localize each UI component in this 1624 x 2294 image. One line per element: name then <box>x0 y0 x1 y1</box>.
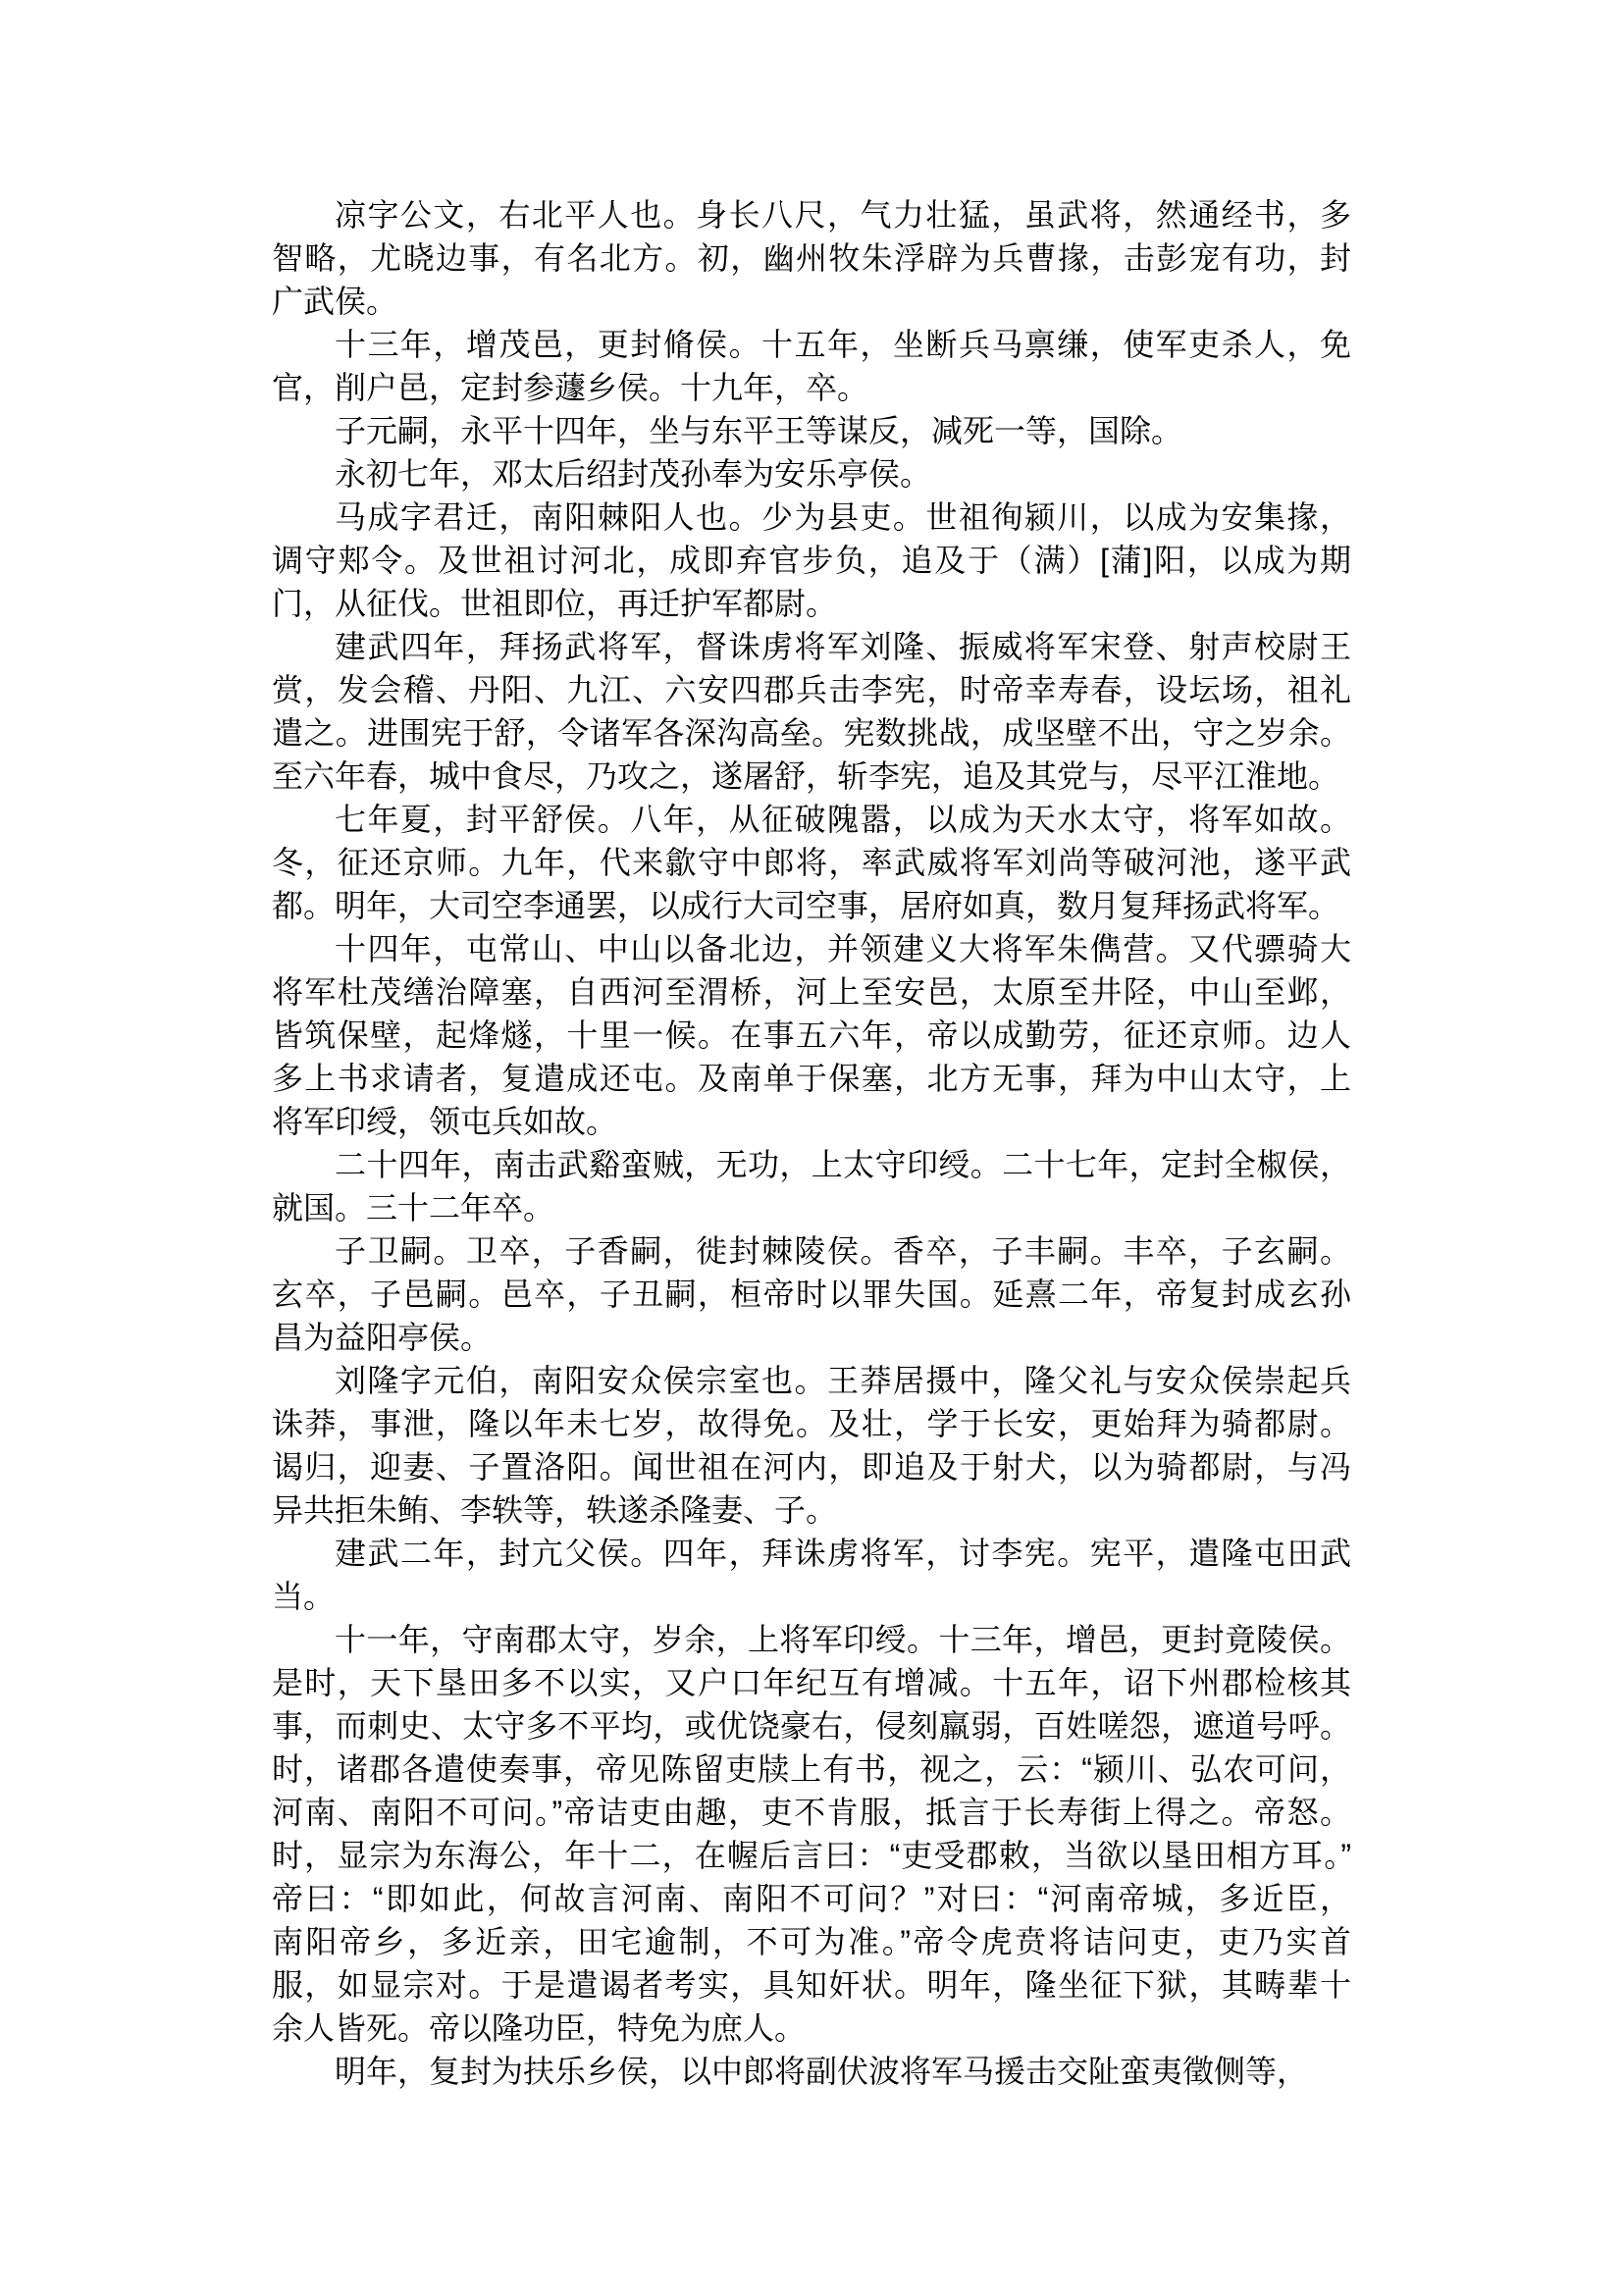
text-line: 将军杜茂缮治障塞，自西河至渭桥，河上至安邑，太原至井陉，中山至邺， <box>272 970 1351 1014</box>
paragraph: 十一年，守南郡太守，岁余，上将军印绶。十三年，增邑，更封竟陵侯。是时，天下垦田多… <box>272 1618 1351 2050</box>
text-line: 七年夏，封平舒侯。八年，从征破隗嚣，以成为天水太守，将军如故。 <box>272 798 1351 841</box>
text-line: 服，如显宗对。于是遣谒者考实，具知奸状。明年，隆坐征下狱，其畴辈十 <box>272 1963 1351 2007</box>
text-line: 遣之。进围宪于舒，令诸军各深沟高垒。宪数挑战，成坚壁不出，守之岁余。 <box>272 711 1351 755</box>
text-line: 时，显宗为东海公，年十二，在幄后言曰：“吏受郡敕，当欲以垦田相方耳。” <box>272 1834 1351 1877</box>
text-line: 帝曰：“即如此，何故言河南、南阳不可问？”对曰：“河南帝城，多近臣， <box>272 1877 1351 1920</box>
text-line: 余人皆死。帝以隆功臣，特免为庶人。 <box>272 2007 1351 2050</box>
paragraph: 建武四年，拜扬武将军，督诛虏将军刘隆、振威将军宋登、射声校尉王赏，发会稽、丹阳、… <box>272 625 1351 798</box>
text-line: 河南、南阳不可问。”帝诘吏由趣，吏不肯服，抵言于长寿街上得之。帝怒。 <box>272 1791 1351 1834</box>
text-line: 官，削户邑，定封参蘧乡侯。十九年，卒。 <box>272 366 1351 409</box>
paragraph: 明年，复封为扶乐乡侯，以中郎将副伏波将军马援击交阯蛮夷徵侧等， <box>272 2050 1351 2093</box>
text-line: 事，而刺史、太守多不平均，或优饶豪右，侵刻羸弱，百姓嗟怨，遮道号呼。 <box>272 1704 1351 1747</box>
text-line: 都。明年，大司空李通罢，以成行大司空事，居府如真，数月复拜扬武将军。 <box>272 884 1351 927</box>
paragraph: 建武二年，封亢父侯。四年，拜诛虏将军，讨李宪。宪平，遣隆屯田武当。 <box>272 1532 1351 1618</box>
text-line: 皆筑保壁，起烽燧，十里一候。在事五六年，帝以成勤劳，征还京师。边人 <box>272 1014 1351 1057</box>
text-line: 当。 <box>272 1575 1351 1618</box>
text-block: 凉字公文，右北平人也。身长八尺，气力壮猛，虽武将，然通经书，多智略，尤晓边事，有… <box>272 193 1351 2093</box>
text-line: 马成字君迁，南阳棘阳人也。少为县吏。世祖徇颍川，以成为安集掾， <box>272 495 1351 539</box>
text-line: 建武二年，封亢父侯。四年，拜诛虏将军，讨李宪。宪平，遣隆屯田武 <box>272 1532 1351 1575</box>
text-line: 十四年，屯常山、中山以备北边，并领建义大将军朱儁营。又代骠骑大 <box>272 927 1351 970</box>
paragraph: 永初七年，邓太后绍封茂孙奉为安乐亭侯。 <box>272 452 1351 495</box>
text-line: 谒归，迎妻、子置洛阳。闻世祖在河内，即追及于射犬，以为骑都尉，与冯 <box>272 1445 1351 1488</box>
paragraph: 子卫嗣。卫卒，子香嗣，徙封棘陵侯。香卒，子丰嗣。丰卒，子玄嗣。玄卒，子邑嗣。邑卒… <box>272 1229 1351 1359</box>
text-line: 明年，复封为扶乐乡侯，以中郎将副伏波将军马援击交阯蛮夷徵侧等， <box>272 2050 1351 2093</box>
paragraph: 七年夏，封平舒侯。八年，从征破隗嚣，以成为天水太守，将军如故。冬，征还京师。九年… <box>272 798 1351 927</box>
paragraph: 二十四年，南击武谿蛮贼，无功，上太守印绶。二十七年，定封全椒侯，就国。三十二年卒… <box>272 1143 1351 1229</box>
text-line: 刘隆字元伯，南阳安众侯宗室也。王莽居摄中，隆父礼与安众侯崇起兵 <box>272 1359 1351 1402</box>
document-page: 凉字公文，右北平人也。身长八尺，气力壮猛，虽武将，然通经书，多智略，尤晓边事，有… <box>0 0 1624 2294</box>
text-line: 十一年，守南郡太守，岁余，上将军印绶。十三年，增邑，更封竟陵侯。 <box>272 1618 1351 1661</box>
text-line: 智略，尤晓边事，有名北方。初，幽州牧朱浮辟为兵曹掾，击彭宠有功，封 <box>272 236 1351 280</box>
paragraph: 刘隆字元伯，南阳安众侯宗室也。王莽居摄中，隆父礼与安众侯崇起兵诛莽，事泄，隆以年… <box>272 1359 1351 1532</box>
text-line: 凉字公文，右北平人也。身长八尺，气力壮猛，虽武将，然通经书，多 <box>272 193 1351 236</box>
paragraph: 马成字君迁，南阳棘阳人也。少为县吏。世祖徇颍川，以成为安集掾，调守郏令。及世祖讨… <box>272 495 1351 625</box>
text-line: 赏，发会稽、丹阳、九江、六安四郡兵击李宪，时帝幸寿春，设坛场，祖礼 <box>272 668 1351 711</box>
text-line: 异共拒朱鲔、李轶等，轶遂杀隆妻、子。 <box>272 1488 1351 1532</box>
text-line: 将军印绶，领屯兵如故。 <box>272 1100 1351 1143</box>
paragraph: 子元嗣，永平十四年，坐与东平王等谋反，减死一等，国除。 <box>272 409 1351 452</box>
text-line: 至六年春，城中食尽，乃攻之，遂屠舒，斩李宪，追及其党与，尽平江淮地。 <box>272 755 1351 798</box>
text-line: 门，从征伐。世祖即位，再迁护军都尉。 <box>272 582 1351 625</box>
text-line: 南阳帝乡，多近亲，田宅逾制，不可为准。”帝令虎贲将诘问吏，吏乃实首 <box>272 1920 1351 1963</box>
text-line: 就国。三十二年卒。 <box>272 1186 1351 1229</box>
text-line: 时，诸郡各遣使奏事，帝见陈留吏牍上有书，视之，云：“颍川、弘农可问， <box>272 1747 1351 1791</box>
text-line: 调守郏令。及世祖讨河北，成即弃官步负，追及于（满）[蒲]阳，以成为期 <box>272 539 1351 582</box>
text-line: 昌为益阳亭侯。 <box>272 1316 1351 1359</box>
paragraph: 十三年，增茂邑，更封脩侯。十五年，坐断兵马禀缣，使军吏杀人，免官，削户邑，定封参… <box>272 323 1351 409</box>
text-line: 冬，征还京师。九年，代来歙守中郎将，率武威将军刘尚等破河池，遂平武 <box>272 841 1351 884</box>
text-line: 永初七年，邓太后绍封茂孙奉为安乐亭侯。 <box>272 452 1351 495</box>
text-line: 多上书求请者，复遣成还屯。及南单于保塞，北方无事，拜为中山太守，上 <box>272 1057 1351 1100</box>
paragraph: 凉字公文，右北平人也。身长八尺，气力壮猛，虽武将，然通经书，多智略，尤晓边事，有… <box>272 193 1351 323</box>
text-line: 十三年，增茂邑，更封脩侯。十五年，坐断兵马禀缣，使军吏杀人，免 <box>272 323 1351 366</box>
text-line: 子卫嗣。卫卒，子香嗣，徙封棘陵侯。香卒，子丰嗣。丰卒，子玄嗣。 <box>272 1229 1351 1273</box>
text-line: 诛莽，事泄，隆以年未七岁，故得免。及壮，学于长安，更始拜为骑都尉。 <box>272 1402 1351 1445</box>
text-line: 广武侯。 <box>272 280 1351 323</box>
text-line: 子元嗣，永平十四年，坐与东平王等谋反，减死一等，国除。 <box>272 409 1351 452</box>
text-line: 是时，天下垦田多不以实，又户口年纪互有增减。十五年，诏下州郡检核其 <box>272 1661 1351 1704</box>
text-line: 二十四年，南击武谿蛮贼，无功，上太守印绶。二十七年，定封全椒侯， <box>272 1143 1351 1186</box>
paragraph: 十四年，屯常山、中山以备北边，并领建义大将军朱儁营。又代骠骑大将军杜茂缮治障塞，… <box>272 927 1351 1143</box>
text-line: 玄卒，子邑嗣。邑卒，子丑嗣，桓帝时以罪失国。延熹二年，帝复封成玄孙 <box>272 1273 1351 1316</box>
text-line: 建武四年，拜扬武将军，督诛虏将军刘隆、振威将军宋登、射声校尉王 <box>272 625 1351 668</box>
